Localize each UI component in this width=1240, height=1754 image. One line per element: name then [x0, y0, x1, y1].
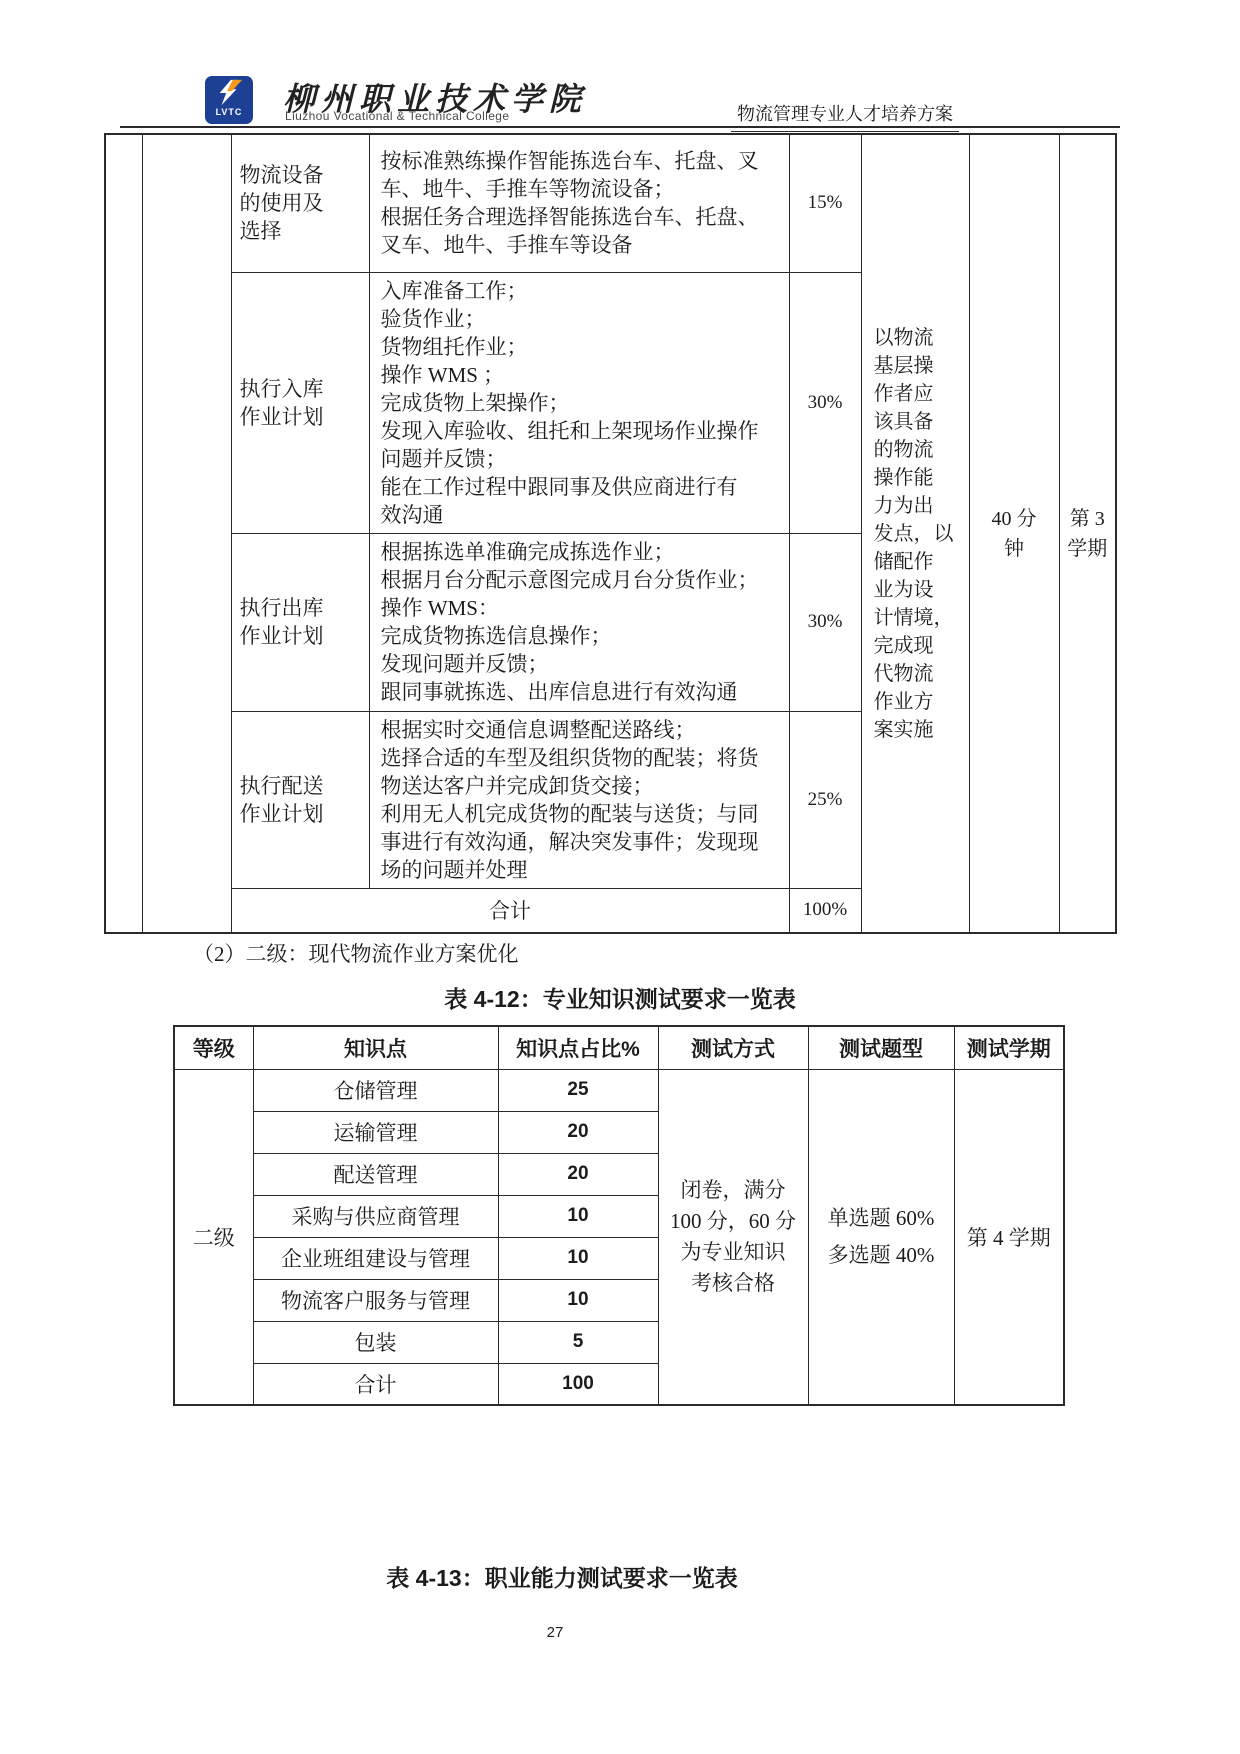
page-number: 27 — [0, 1624, 1110, 1641]
level-cell: 二级 — [174, 1069, 253, 1405]
competency-assessment-table: 物流设备 的使用及 选择 按标准熟练操作智能拣选台车、托盘、叉 车、地牛、手推车… — [104, 133, 1117, 934]
task-desc-cell: 按标准熟练操作智能拣选台车、托盘、叉 车、地牛、手推车等物流设备； 根据任务合理… — [369, 134, 789, 272]
ratio-cell: 10 — [498, 1195, 658, 1237]
total-label-cell: 合计 — [253, 1363, 498, 1405]
lvtc-logo: LVTC — [205, 76, 253, 124]
total-label-cell: 合计 — [231, 888, 789, 933]
ratio-cell: 5 — [498, 1321, 658, 1363]
table-row: 物流设备 的使用及 选择 按标准熟练操作智能拣选台车、托盘、叉 车、地牛、手推车… — [105, 134, 1116, 272]
knowledge-cell: 采购与供应商管理 — [253, 1195, 498, 1237]
knowledge-cell: 物流客户服务与管理 — [253, 1279, 498, 1321]
ratio-cell: 20 — [498, 1153, 658, 1195]
test-semester-cell: 第 4 学期 — [954, 1069, 1064, 1405]
weight-cell: 30% — [789, 272, 861, 533]
document-header-title: 物流管理专业人才培养方案 — [731, 100, 959, 126]
task-name-cell: 执行入库 作业计划 — [231, 272, 369, 533]
ratio-cell: 10 — [498, 1237, 658, 1279]
weight-cell: 30% — [789, 533, 861, 711]
knowledge-cell: 包装 — [253, 1321, 498, 1363]
lvtc-lightning-icon — [213, 79, 245, 107]
header-row: 等级 知识点 知识点占比% 测试方式 测试题型 测试学期 — [174, 1026, 1064, 1069]
empty-continuation-cell — [105, 134, 142, 933]
col-header-method: 测试方式 — [658, 1026, 808, 1069]
college-name-en: Liuzhou Vocational & Technical College — [285, 109, 509, 123]
logo-text: LVTC — [216, 107, 243, 117]
duration-cell: 40 分 钟 — [969, 134, 1059, 933]
total-weight-cell: 100% — [789, 888, 861, 933]
col-header-ratio: 知识点占比% — [498, 1026, 658, 1069]
table-4-12-title: 表 4-12：专业知识测试要求一览表 — [0, 981, 1240, 1014]
knowledge-cell: 仓储管理 — [253, 1069, 498, 1111]
task-desc-cell: 入库准备工作； 验货作业； 货物组托作业； 操作 WMS ； 完成货物上架操作；… — [369, 272, 789, 533]
col-header-level: 等级 — [174, 1026, 253, 1069]
ratio-cell: 20 — [498, 1111, 658, 1153]
knowledge-cell: 配送管理 — [253, 1153, 498, 1195]
empty-continuation-cell — [142, 134, 231, 933]
header-title-underline — [731, 131, 959, 132]
header-rule — [120, 126, 1120, 128]
total-value-cell: 100 — [498, 1363, 658, 1405]
task-name-cell: 物流设备 的使用及 选择 — [231, 134, 369, 272]
question-type-cell: 单选题 60% 多选题 40% — [808, 1069, 954, 1405]
assessment-situation-cell: 以物流 基层操 作者应 该具备 的物流 操作能 力为出 发点，以 储配作 业为设… — [861, 134, 969, 933]
weight-cell: 15% — [789, 134, 861, 272]
col-header-semester: 测试学期 — [954, 1026, 1064, 1069]
task-desc-cell: 根据实时交通信息调整配送路线； 选择合适的车型及组织货物的配装；将货 物送达客户… — [369, 711, 789, 888]
task-name-cell: 执行配送 作业计划 — [231, 711, 369, 888]
weight-cell: 25% — [789, 711, 861, 888]
document-page: LVTC 柳州职业技术学院 Liuzhou Vocational & Techn… — [0, 0, 1240, 1754]
col-header-knowledge: 知识点 — [253, 1026, 498, 1069]
section-note: （2）二级：现代物流作业方案优化 — [193, 938, 519, 968]
task-name-cell: 执行出库 作业计划 — [231, 533, 369, 711]
col-header-question-type: 测试题型 — [808, 1026, 954, 1069]
test-method-cell: 闭卷，满分 100 分，60 分 为专业知识 考核合格 — [658, 1069, 808, 1405]
table-row: 二级 仓储管理 25 闭卷，满分 100 分，60 分 为专业知识 考核合格 单… — [174, 1069, 1064, 1111]
knowledge-cell: 运输管理 — [253, 1111, 498, 1153]
ratio-cell: 10 — [498, 1279, 658, 1321]
knowledge-test-table: 等级 知识点 知识点占比% 测试方式 测试题型 测试学期 二级 仓储管理 25 … — [173, 1025, 1065, 1406]
ratio-cell: 25 — [498, 1069, 658, 1111]
knowledge-cell: 企业班组建设与管理 — [253, 1237, 498, 1279]
table-4-13-title: 表 4-13：职业能力测试要求一览表 — [0, 1560, 1124, 1593]
semester-cell: 第 3 学期 — [1059, 134, 1116, 933]
task-desc-cell: 根据拣选单准确完成拣选作业； 根据月台分配示意图完成月台分货作业； 操作 WMS… — [369, 533, 789, 711]
